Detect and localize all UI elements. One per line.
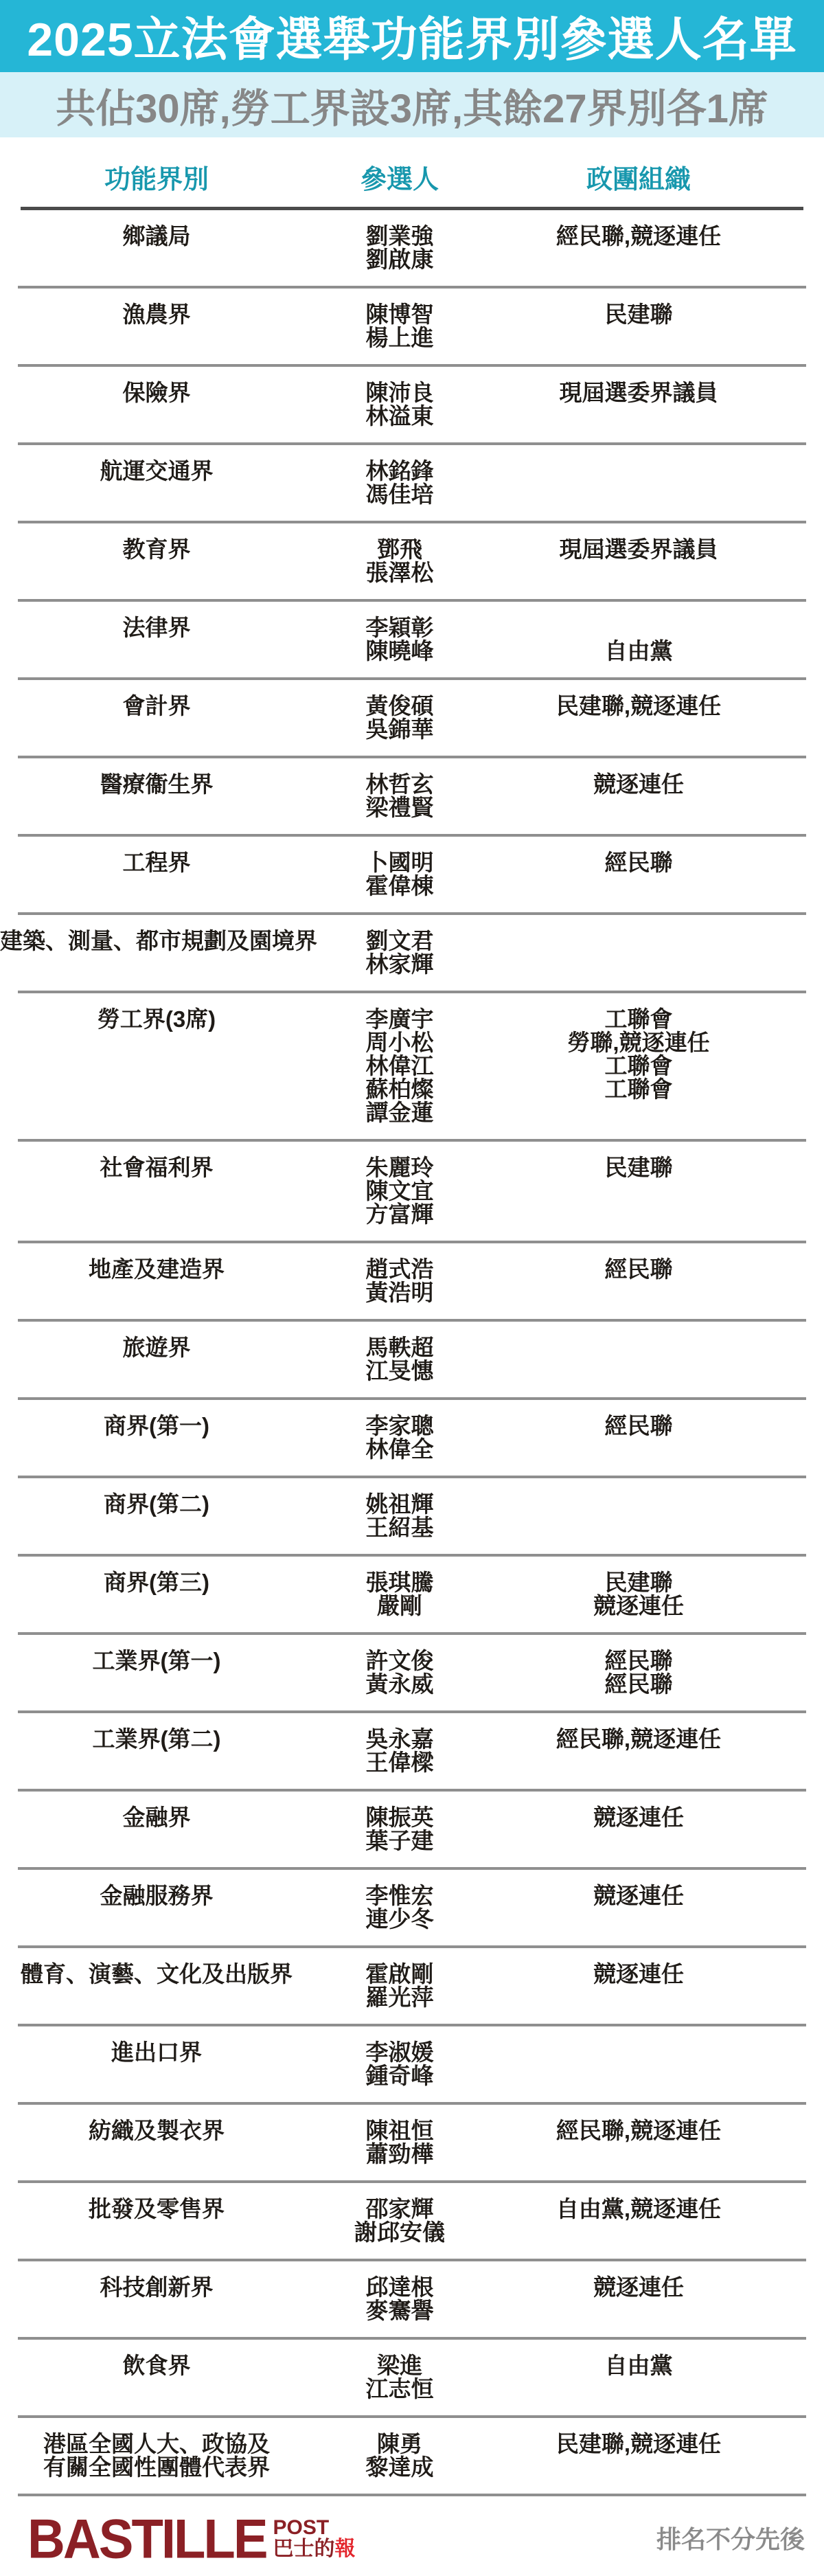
row-category: 社會福利界 (0, 1156, 313, 1226)
org-name (486, 718, 791, 741)
candidate-name: 霍啟剛 (313, 1963, 486, 1986)
row-orgs: 民建聯競逐連任 (486, 1571, 791, 1618)
page-title: 2025立法會選舉功能界別參選人名單 (27, 3, 797, 69)
row-category-line: 金融服務界 (0, 1884, 313, 1908)
org-name: 競逐連任 (486, 1884, 791, 1908)
org-name (486, 1101, 791, 1125)
table-row: 會計界黃俊碩吳錦華民建聯,競逐連任 (0, 680, 824, 756)
row-orgs: 現屆選委界議員 (486, 538, 791, 585)
candidate-name: 林溢東 (313, 405, 486, 428)
title-band: 2025立法會選舉功能界別參選人名單 (0, 0, 824, 72)
candidate-name: 方富輝 (313, 1203, 486, 1226)
org-name (486, 1751, 791, 1774)
table-row: 金融服務界李惟宏連少冬競逐連任 (0, 1870, 824, 1945)
candidate-name: 譚金蓮 (313, 1101, 486, 1125)
row-candidates: 劉業強劉啟康 (313, 225, 486, 271)
row-category: 進出口界 (0, 2041, 313, 2088)
org-name (486, 2221, 791, 2244)
row-category-line: 紡織及製衣界 (0, 2119, 313, 2143)
candidate-name: 李淑媛 (313, 2041, 486, 2064)
table-row: 飲食界梁進江志恒自由黨 (0, 2340, 824, 2415)
org-name (486, 561, 791, 585)
row-category-line: 飲食界 (0, 2354, 313, 2377)
org-name: 經民聯,競逐連任 (486, 225, 791, 248)
candidate-name: 霍偉棟 (313, 874, 486, 898)
org-name (486, 874, 791, 898)
candidate-name: 邵家輝 (313, 2197, 486, 2221)
row-candidates: 林哲玄梁禮賢 (313, 773, 486, 820)
candidate-name: 王偉樑 (313, 1751, 486, 1774)
candidate-name: 劉業強 (313, 225, 486, 248)
row-category: 工業界(第一) (0, 1649, 313, 1696)
candidate-name: 卜國明 (313, 851, 486, 874)
candidate-name: 張澤松 (313, 561, 486, 585)
row-category: 建築、測量、都市規劃及園境界 (0, 929, 313, 976)
candidate-name: 劉啟康 (313, 248, 486, 271)
logo-post-text: POST (273, 2518, 356, 2538)
row-category: 金融界 (0, 1806, 313, 1853)
row-category-line: 法律界 (0, 616, 313, 640)
candidate-name: 李廣宇 (313, 1008, 486, 1031)
row-candidates: 劉文君林家輝 (313, 929, 486, 976)
org-name: 民建聯,競逐連任 (486, 694, 791, 718)
candidate-name: 吳錦華 (313, 718, 486, 741)
table-row: 進出口界李淑媛鍾奇峰 (0, 2026, 824, 2102)
candidate-name: 姚祖輝 (313, 1493, 486, 1516)
candidate-name: 羅光萍 (313, 1986, 486, 2009)
row-candidates: 李穎彰陳曉峰 (313, 616, 486, 663)
row-candidates: 李淑媛鍾奇峰 (313, 2041, 486, 2088)
table-row: 地產及建造界趙式浩黃浩明經民聯 (0, 1243, 824, 1319)
row-candidates: 梁進江志恒 (313, 2354, 486, 2401)
candidate-name: 周小松 (313, 1031, 486, 1054)
candidate-name: 陳文宜 (313, 1179, 486, 1203)
row-orgs: 現屆選委界議員 (486, 381, 791, 428)
candidate-name: 陳曉峰 (313, 640, 486, 663)
row-category: 地產及建造界 (0, 1258, 313, 1304)
table-row: 港區全國人大、政協及有關全國性團體代表界陳勇黎達成民建聯,競逐連任 (0, 2418, 824, 2494)
row-orgs: 自由黨 (486, 616, 791, 663)
row-candidates: 陳祖恒蕭勁樺 (313, 2119, 486, 2166)
org-name (486, 796, 791, 820)
row-category-line: 工業界(第二) (0, 1728, 313, 1751)
row-orgs: 經民聯經民聯 (486, 1649, 791, 1696)
org-name (486, 326, 791, 350)
row-candidates: 趙式浩黃浩明 (313, 1258, 486, 1304)
org-name: 自由黨 (486, 640, 791, 663)
table-row: 社會福利界朱麗玲陳文宜方富輝民建聯 (0, 1142, 824, 1241)
row-category: 工業界(第二) (0, 1728, 313, 1774)
row-candidates: 李家聰林偉全 (313, 1414, 486, 1461)
footer: BASTILLE POST 巴士的報 排名不分先後 (0, 2496, 824, 2576)
candidate-name: 連少冬 (313, 1908, 486, 1931)
candidate-name: 馮佳培 (313, 483, 486, 506)
org-name (486, 2064, 791, 2088)
org-name (486, 616, 791, 640)
row-category: 批發及零售界 (0, 2197, 313, 2244)
candidate-name: 陳祖恒 (313, 2119, 486, 2143)
row-category-line: 社會福利界 (0, 1156, 313, 1179)
row-candidates: 陳博智楊上進 (313, 303, 486, 350)
row-category-line: 鄉議局 (0, 225, 313, 248)
org-name (486, 1359, 791, 1383)
row-category: 商界(第二) (0, 1493, 313, 1539)
candidate-name: 李家聰 (313, 1414, 486, 1438)
row-orgs: 經民聯 (486, 1414, 791, 1461)
org-name (486, 929, 791, 953)
row-orgs (486, 1493, 791, 1539)
candidate-name: 朱麗玲 (313, 1156, 486, 1179)
candidate-name: 葉子建 (313, 1829, 486, 1853)
row-orgs: 經民聯,競逐連任 (486, 1728, 791, 1774)
row-category-line: 商界(第一) (0, 1414, 313, 1438)
row-category: 商界(第一) (0, 1414, 313, 1461)
logo-chinese-last-char: 報 (335, 2538, 356, 2560)
org-name: 工聯會 (486, 1054, 791, 1078)
table-row: 醫療衞生界林哲玄梁禮賢競逐連任 (0, 758, 824, 834)
logo-chinese-text: 巴士的報 (273, 2538, 356, 2560)
candidate-name: 江志恒 (313, 2377, 486, 2401)
row-orgs: 競逐連任 (486, 1806, 791, 1853)
table-row: 教育界鄧飛張澤松現屆選委界議員 (0, 523, 824, 599)
org-name (486, 1203, 791, 1226)
org-name (486, 1829, 791, 1853)
row-category-line: 體育、演藝、文化及出版界 (0, 1963, 313, 1986)
candidate-name: 麥騫譽 (313, 2299, 486, 2323)
row-category: 旅遊界 (0, 1336, 313, 1383)
row-candidates: 朱麗玲陳文宜方富輝 (313, 1156, 486, 1226)
table-row: 商界(第三)張琪騰嚴剛民建聯競逐連任 (0, 1557, 824, 1632)
row-category-line: 工程界 (0, 851, 313, 874)
org-name (486, 2456, 791, 2479)
row-candidates: 邵家輝謝邱安儀 (313, 2197, 486, 2244)
table-row: 金融界陳振英葉子建競逐連任 (0, 1792, 824, 1867)
row-candidates: 鄧飛張澤松 (313, 538, 486, 585)
table-row: 商界(第一)李家聰林偉全經民聯 (0, 1400, 824, 1476)
row-candidates: 陳沛良林溢東 (313, 381, 486, 428)
org-name: 經民聯 (486, 1649, 791, 1673)
org-name (486, 483, 791, 506)
row-category-line: 教育界 (0, 538, 313, 561)
org-name (486, 2041, 791, 2064)
org-name: 經民聯 (486, 1414, 791, 1438)
row-candidates: 李廣宇周小松林偉江蘇柏燦譚金蓮 (313, 1008, 486, 1125)
table-row: 旅遊界馬軼超江旻憓 (0, 1322, 824, 1397)
candidate-name: 黎達成 (313, 2456, 486, 2479)
candidate-name: 許文俊 (313, 1649, 486, 1673)
row-candidates: 陳勇黎達成 (313, 2432, 486, 2479)
table-row: 體育、演藝、文化及出版界霍啟剛羅光萍競逐連任 (0, 1948, 824, 2024)
org-name (486, 1908, 791, 1931)
row-orgs: 工聯會勞聯,競逐連任工聯會工聯會 (486, 1008, 791, 1125)
row-category-line: 會計界 (0, 694, 313, 718)
table-row: 紡織及製衣界陳祖恒蕭勁樺經民聯,競逐連任 (0, 2105, 824, 2180)
page-subtitle: 共佔30席,勞工界設3席,其餘27界別各1席 (56, 76, 768, 134)
row-category-line: 科技創新界 (0, 2276, 313, 2299)
org-name (486, 2377, 791, 2401)
column-header-row: 功能界別 參選人 政團組織 (0, 137, 824, 207)
table-row: 保險界陳沛良林溢東現屆選委界議員 (0, 367, 824, 442)
row-orgs: 民建聯,競逐連任 (486, 694, 791, 741)
org-name: 現屆選委界議員 (486, 538, 791, 561)
org-name: 競逐連任 (486, 2276, 791, 2299)
row-category: 紡織及製衣界 (0, 2119, 313, 2166)
table-row: 漁農界陳博智楊上進民建聯 (0, 289, 824, 364)
org-name (486, 2143, 791, 2166)
org-name (486, 1179, 791, 1203)
candidate-name: 嚴剛 (313, 1594, 486, 1618)
org-name (486, 405, 791, 428)
org-name (486, 2299, 791, 2323)
candidate-name: 吳永嘉 (313, 1728, 486, 1751)
row-category: 港區全國人大、政協及有關全國性團體代表界 (0, 2432, 313, 2479)
row-category-line: 航運交通界 (0, 460, 313, 483)
row-orgs: 競逐連任 (486, 1963, 791, 2009)
candidate-name: 謝邱安儀 (313, 2221, 486, 2244)
row-orgs (486, 460, 791, 506)
org-name: 民建聯 (486, 1571, 791, 1594)
org-name: 經民聯,競逐連任 (486, 1728, 791, 1751)
table-row: 商界(第二)姚祖輝王紹基 (0, 1478, 824, 1554)
table-row: 建築、測量、都市規劃及園境界劉文君林家輝 (0, 915, 824, 991)
org-name: 自由黨,競逐連任 (486, 2197, 791, 2221)
candidate-name: 林偉江 (313, 1054, 486, 1078)
org-name: 經民聯 (486, 1258, 791, 1281)
subtitle-band: 共佔30席,勞工界設3席,其餘27界別各1席 (0, 72, 824, 137)
org-name: 現屆選委界議員 (486, 381, 791, 405)
candidate-name: 梁進 (313, 2354, 486, 2377)
candidate-name: 林偉全 (313, 1438, 486, 1461)
table-row: 工業界(第一)許文俊黃永威經民聯經民聯 (0, 1635, 824, 1710)
row-orgs: 競逐連任 (486, 1884, 791, 1931)
org-name: 經民聯,競逐連任 (486, 2119, 791, 2143)
row-candidates: 許文俊黃永威 (313, 1649, 486, 1696)
row-category: 工程界 (0, 851, 313, 898)
row-category: 體育、演藝、文化及出版界 (0, 1963, 313, 2009)
candidate-name: 鄧飛 (313, 538, 486, 561)
org-name: 競逐連任 (486, 773, 791, 796)
bastille-post-logo: BASTILLE POST 巴士的報 (27, 2516, 356, 2560)
org-name: 自由黨 (486, 2354, 791, 2377)
row-category-line: 商界(第二) (0, 1493, 313, 1516)
org-name: 經民聯 (486, 1673, 791, 1696)
candidate-name: 蘇柏燦 (313, 1078, 486, 1101)
logo-side: POST 巴士的報 (273, 2518, 356, 2560)
table-row: 科技創新界邱達根麥騫譽競逐連任 (0, 2261, 824, 2337)
row-category-line: 批發及零售界 (0, 2197, 313, 2221)
row-orgs: 民建聯 (486, 1156, 791, 1226)
row-candidates: 馬軼超江旻憓 (313, 1336, 486, 1383)
row-candidates: 霍啟剛羅光萍 (313, 1963, 486, 2009)
candidate-name: 林哲玄 (313, 773, 486, 796)
org-name: 競逐連任 (486, 1963, 791, 1986)
row-orgs: 經民聯,競逐連任 (486, 225, 791, 271)
org-name: 民建聯 (486, 303, 791, 326)
row-orgs: 民建聯 (486, 303, 791, 350)
candidate-name: 張琪騰 (313, 1571, 486, 1594)
row-orgs: 自由黨 (486, 2354, 791, 2401)
table-row: 勞工界(3席)李廣宇周小松林偉江蘇柏燦譚金蓮工聯會勞聯,競逐連任工聯會工聯會 (0, 993, 824, 1139)
row-orgs (486, 1336, 791, 1383)
org-name (486, 1336, 791, 1359)
candidate-name: 楊上進 (313, 326, 486, 350)
org-name: 競逐連任 (486, 1806, 791, 1829)
candidate-name: 劉文君 (313, 929, 486, 953)
candidate-name: 陳振英 (313, 1806, 486, 1829)
candidate-name: 黃浩明 (313, 1281, 486, 1304)
logo-chinese-prefix: 巴士的 (273, 2538, 335, 2560)
candidate-name: 梁禮賢 (313, 796, 486, 820)
row-category-line: 商界(第三) (0, 1571, 313, 1594)
table-row: 工程界卜國明霍偉棟經民聯 (0, 837, 824, 912)
org-name: 競逐連任 (486, 1594, 791, 1618)
row-orgs: 自由黨,競逐連任 (486, 2197, 791, 2244)
candidate-name: 王紹基 (313, 1516, 486, 1539)
row-orgs (486, 2041, 791, 2088)
row-category-line: 工業界(第一) (0, 1649, 313, 1673)
org-name: 勞聯,競逐連任 (486, 1031, 791, 1054)
row-category: 會計界 (0, 694, 313, 741)
candidate-name: 蕭勁樺 (313, 2143, 486, 2166)
org-name (486, 1986, 791, 2009)
candidate-name: 黃永威 (313, 1673, 486, 1696)
candidate-name: 江旻憓 (313, 1359, 486, 1383)
row-orgs: 經民聯,競逐連任 (486, 2119, 791, 2166)
org-name: 工聯會 (486, 1078, 791, 1101)
row-category: 商界(第三) (0, 1571, 313, 1618)
org-name (486, 1516, 791, 1539)
row-candidates: 邱達根麥騫譽 (313, 2276, 486, 2323)
ranking-disclaimer: 排名不分先後 (656, 2520, 805, 2555)
row-orgs: 經民聯 (486, 1258, 791, 1304)
org-name (486, 1493, 791, 1516)
org-name (486, 953, 791, 976)
row-candidates: 林銘鋒馮佳培 (313, 460, 486, 506)
row-category: 鄉議局 (0, 225, 313, 271)
candidate-name: 鍾奇峰 (313, 2064, 486, 2088)
row-category-line: 進出口界 (0, 2041, 313, 2064)
row-category: 勞工界(3席) (0, 1008, 313, 1125)
candidate-name: 陳博智 (313, 303, 486, 326)
org-name: 工聯會 (486, 1008, 791, 1031)
row-candidates: 吳永嘉王偉樑 (313, 1728, 486, 1774)
org-name (486, 460, 791, 483)
column-header-org: 政團組織 (486, 158, 791, 196)
table-row: 航運交通界林銘鋒馮佳培 (0, 445, 824, 521)
row-category: 航運交通界 (0, 460, 313, 506)
row-category-line: 地產及建造界 (0, 1258, 313, 1281)
org-name: 民建聯,競逐連任 (486, 2432, 791, 2456)
candidate-name: 李穎彰 (313, 616, 486, 640)
row-category: 醫療衞生界 (0, 773, 313, 820)
row-candidates: 李惟宏連少冬 (313, 1884, 486, 1931)
row-candidates: 陳振英葉子建 (313, 1806, 486, 1853)
org-name (486, 1438, 791, 1461)
row-category: 教育界 (0, 538, 313, 585)
candidate-name: 陳沛良 (313, 381, 486, 405)
logo-wordmark: BASTILLE (27, 2516, 266, 2563)
row-category-line: 醫療衞生界 (0, 773, 313, 796)
table-row: 工業界(第二)吳永嘉王偉樑經民聯,競逐連任 (0, 1713, 824, 1789)
row-orgs: 民建聯,競逐連任 (486, 2432, 791, 2479)
row-orgs: 競逐連任 (486, 2276, 791, 2323)
row-category-line: 金融界 (0, 1806, 313, 1829)
candidate-name: 林銘鋒 (313, 460, 486, 483)
row-candidates: 卜國明霍偉棟 (313, 851, 486, 898)
row-category-line: 港區全國人大、政協及 (0, 2432, 313, 2456)
org-name (486, 1281, 791, 1304)
org-name: 民建聯 (486, 1156, 791, 1179)
candidate-name: 馬軼超 (313, 1336, 486, 1359)
candidate-name: 李惟宏 (313, 1884, 486, 1908)
row-category-line: 建築、測量、都市規劃及園境界 (0, 929, 313, 953)
row-category-line: 保險界 (0, 381, 313, 405)
row-category-line: 有關全國性團體代表界 (0, 2456, 313, 2479)
row-category-line: 漁農界 (0, 303, 313, 326)
row-category-line: 勞工界(3席) (0, 1008, 313, 1031)
row-candidates: 黃俊碩吳錦華 (313, 694, 486, 741)
table-body: 鄉議局劉業強劉啟康經民聯,競逐連任 漁農界陳博智楊上進民建聯 保險界陳沛良林溢東… (0, 210, 824, 2496)
row-category: 漁農界 (0, 303, 313, 350)
table-row: 鄉議局劉業強劉啟康經民聯,競逐連任 (0, 210, 824, 286)
row-candidates: 張琪騰嚴剛 (313, 1571, 486, 1618)
row-category: 保險界 (0, 381, 313, 428)
candidate-name: 陳勇 (313, 2432, 486, 2456)
org-name (486, 248, 791, 271)
row-orgs (486, 929, 791, 976)
row-category: 飲食界 (0, 2354, 313, 2401)
candidate-name: 黃俊碩 (313, 694, 486, 718)
row-category-line: 旅遊界 (0, 1336, 313, 1359)
row-category: 法律界 (0, 616, 313, 663)
org-name: 經民聯 (486, 851, 791, 874)
column-header-category: 功能界別 (0, 158, 313, 196)
column-header-candidates: 參選人 (313, 158, 486, 196)
row-category: 科技創新界 (0, 2276, 313, 2323)
row-candidates: 姚祖輝王紹基 (313, 1493, 486, 1539)
row-orgs: 經民聯 (486, 851, 791, 898)
candidate-name: 趙式浩 (313, 1258, 486, 1281)
candidate-name: 林家輝 (313, 953, 486, 976)
candidate-name: 邱達根 (313, 2276, 486, 2299)
table-row: 法律界李穎彰陳曉峰 自由黨 (0, 602, 824, 677)
table-row: 批發及零售界邵家輝謝邱安儀自由黨,競逐連任 (0, 2183, 824, 2259)
row-category: 金融服務界 (0, 1884, 313, 1931)
row-orgs: 競逐連任 (486, 773, 791, 820)
